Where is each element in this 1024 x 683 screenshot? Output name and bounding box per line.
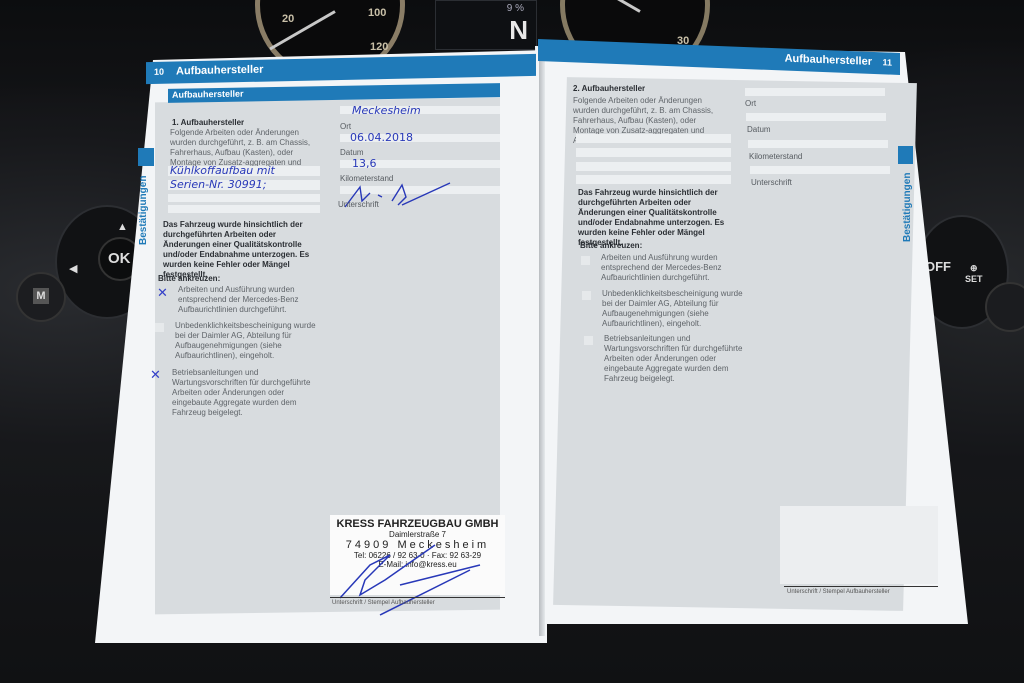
signature-label: Unterschrift bbox=[338, 200, 379, 209]
statement-text: Das Fahrzeug wurde hinsichtlich der durc… bbox=[163, 220, 323, 280]
stamp-caption: Unterschrift / Stempel Aufbauhersteller bbox=[332, 600, 435, 606]
arrow-up-icon[interactable]: ▲ bbox=[117, 221, 128, 233]
check-item-text: Betriebsanleitungen und Wartungsvorschri… bbox=[604, 334, 754, 384]
statement-text: Das Fahrzeug wurde hinsichtlich der durc… bbox=[578, 188, 738, 248]
check-item-text: Arbeiten und Ausführung wurden entsprech… bbox=[601, 253, 751, 283]
datum-field[interactable] bbox=[746, 113, 886, 121]
side-tab-label: Bestätigungen bbox=[138, 176, 149, 245]
gauge-needle bbox=[574, 0, 640, 13]
datum-value: 06.04.2018 bbox=[350, 131, 413, 144]
side-tab-label: Bestätigungen bbox=[902, 173, 913, 242]
checkmark-x[interactable]: ✕ bbox=[150, 367, 161, 383]
display-text: 9 % bbox=[507, 3, 524, 14]
stamp-street: Daimlerstraße 7 bbox=[330, 530, 505, 539]
ort-value: Meckesheim bbox=[352, 104, 421, 117]
signature-line bbox=[784, 586, 938, 587]
work-field[interactable] bbox=[576, 148, 731, 157]
check-prompt: Bitte ankreuzen: bbox=[158, 274, 220, 284]
check-item-text: Betriebsanleitungen und Wartungsvorschri… bbox=[172, 368, 322, 418]
page-number: 10 bbox=[154, 67, 164, 77]
ort-label: Ort bbox=[340, 122, 351, 131]
ort-field[interactable] bbox=[745, 88, 885, 96]
handwritten-work-line: Kühlkoffaufbau mit bbox=[170, 164, 275, 177]
work-field[interactable] bbox=[576, 175, 731, 184]
checkbox[interactable] bbox=[584, 336, 593, 345]
gauge-label: 100 bbox=[368, 7, 386, 19]
signature-label: Unterschrift bbox=[751, 178, 792, 187]
signature-scribble bbox=[340, 175, 460, 215]
ort-label: Ort bbox=[745, 99, 756, 108]
booklet-spine bbox=[539, 46, 545, 636]
checkbox[interactable] bbox=[582, 291, 591, 300]
datum-label: Datum bbox=[340, 148, 364, 157]
stamp-company: KRESS FAHRZEUGBAU GMBH bbox=[330, 518, 505, 530]
km-value: 13,6 bbox=[352, 157, 377, 170]
handwritten-work-line: Serien-Nr. 30991; bbox=[170, 178, 266, 191]
work-field[interactable] bbox=[168, 194, 320, 202]
menu-button[interactable]: M bbox=[16, 272, 66, 322]
plus-icon: ⊕ bbox=[970, 263, 978, 273]
stamp-box[interactable] bbox=[780, 506, 938, 584]
checkbox[interactable] bbox=[155, 323, 164, 332]
arrow-left-icon[interactable]: ◀ bbox=[69, 262, 77, 275]
datum-label: Datum bbox=[747, 125, 771, 134]
stamp-caption: Unterschrift / Stempel Aufbauhersteller bbox=[787, 589, 890, 595]
side-tab-marker bbox=[138, 148, 154, 166]
page-number: 11 bbox=[882, 57, 892, 67]
header-title: Aufbauhersteller bbox=[785, 53, 872, 68]
gear-indicator: N bbox=[509, 15, 528, 46]
gauge-label: 120 bbox=[370, 41, 388, 53]
checkbox[interactable] bbox=[581, 256, 590, 265]
work-field[interactable] bbox=[576, 162, 731, 171]
check-item-text: Unbedenklichkeitsbescheinigung wurde bei… bbox=[602, 289, 752, 329]
checkmark-x[interactable]: ✕ bbox=[157, 285, 168, 301]
stamp-signature-scribble bbox=[330, 540, 510, 620]
subsection-title: 2. Aufbauhersteller bbox=[573, 84, 645, 94]
menu-icon: M bbox=[33, 288, 49, 304]
work-field[interactable] bbox=[576, 134, 731, 143]
subsection-title: 1. Aufbauhersteller bbox=[172, 118, 244, 128]
km-field[interactable] bbox=[748, 140, 888, 148]
gauge-label: 20 bbox=[282, 13, 294, 25]
signature-line bbox=[330, 597, 505, 598]
work-field[interactable] bbox=[168, 205, 320, 213]
gauge-needle bbox=[269, 10, 335, 50]
center-display: 9 % N bbox=[435, 0, 537, 50]
check-item-text: Unbedenklichkeitsbescheinigung wurde bei… bbox=[175, 321, 325, 361]
check-prompt: Bitte ankreuzen: bbox=[580, 241, 642, 251]
signature-field[interactable] bbox=[750, 166, 890, 174]
header-title: Aufbauhersteller bbox=[176, 64, 263, 78]
side-tab-marker bbox=[898, 146, 913, 164]
km-label: Kilometerstand bbox=[749, 152, 802, 161]
check-item-text: Arbeiten und Ausführung wurden entsprech… bbox=[178, 285, 328, 315]
cruise-set-button[interactable]: ⊕SET bbox=[965, 263, 983, 284]
